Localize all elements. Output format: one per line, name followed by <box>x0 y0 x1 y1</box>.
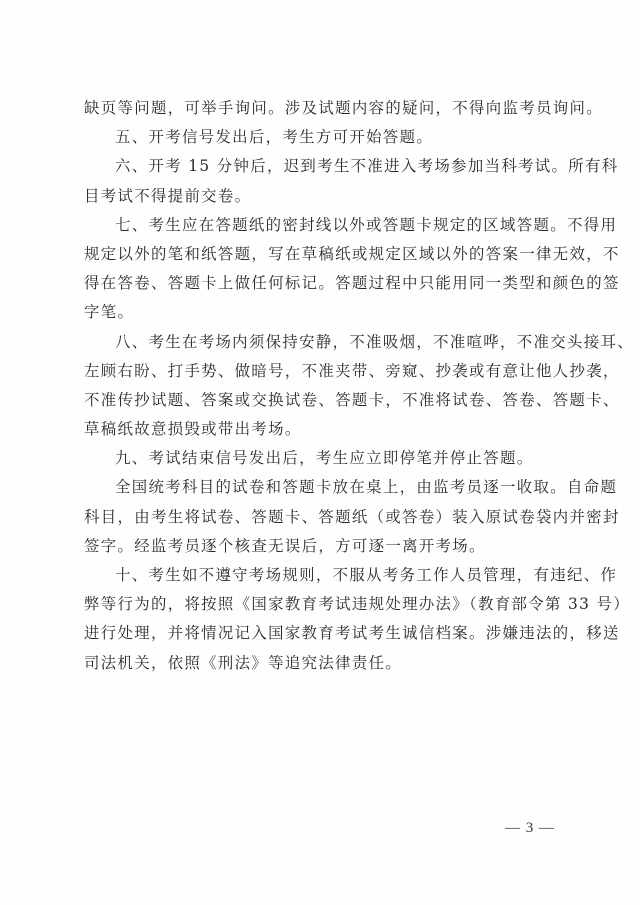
paragraph-line: 七、考生应在答题纸的密封线以外或答题卡规定的区域答题。不得用 <box>84 211 560 240</box>
paragraph-line: 九、考试结束信号发出后，考生应立即停笔并停止答题。 <box>84 444 560 473</box>
paragraph-line: 司法机关，依照《刑法》等追究法律责任。 <box>84 649 560 678</box>
paragraph-line: 八、考生在考场内须保持安静，不准吸烟，不准喧哗，不准交头接耳、 <box>84 328 560 357</box>
paragraph-line: 签字。经监考员逐个核查无误后，方可逐一离开考场。 <box>84 532 560 561</box>
paragraph-line: 六、开考 15 分钟后，迟到考生不准进入考场参加当科考试。所有科 <box>84 152 560 181</box>
paragraph-line: 进行处理，并将情况记入国家教育考试考生诚信档案。涉嫌违法的，移送 <box>84 619 560 648</box>
paragraph-line: 全国统考科目的试卷和答题卡放在桌上，由监考员逐一收取。自命题 <box>84 473 560 502</box>
paragraph-line: 草稿纸故意损毁或带出考场。 <box>84 415 560 444</box>
document-body: 缺页等问题，可举手询问。涉及试题内容的疑问，不得向监考员询问。 五、开考信号发出… <box>84 94 560 678</box>
paragraph-line: 科目，由考生将试卷、答题卡、答题纸（或答卷）装入原试卷袋内并密封 <box>84 503 560 532</box>
paragraph-line: 十、考生如不遵守考场规则，不服从考务工作人员管理，有违纪、作 <box>84 561 560 590</box>
paragraph-line: 得在答卷、答题卡上做任何标记。答题过程中只能用同一类型和颜色的签 <box>84 269 560 298</box>
paragraph-line: 弊等行为的，将按照《国家教育考试违规处理办法》（教育部令第 33 号） <box>84 590 560 619</box>
paragraph-line: 缺页等问题，可举手询问。涉及试题内容的疑问，不得向监考员询问。 <box>84 94 560 123</box>
paragraph-line: 字笔。 <box>84 298 560 327</box>
paragraph-line: 目考试不得提前交卷。 <box>84 182 560 211</box>
paragraph-line: 左顾右盼、打手势、做暗号，不准夹带、旁窥、抄袭或有意让他人抄袭， <box>84 357 560 386</box>
paragraph-line: 不准传抄试题、答案或交换试卷、答题卡，不准将试卷、答卷、答题卡、 <box>84 386 560 415</box>
paragraph-line: 五、开考信号发出后，考生方可开始答题。 <box>84 123 560 152</box>
document-page: 缺页等问题，可举手询问。涉及试题内容的疑问，不得向监考员询问。 五、开考信号发出… <box>0 0 640 905</box>
page-number: — 3 — <box>505 820 555 837</box>
paragraph-line: 规定以外的笔和纸答题，写在草稿纸或规定区域以外的答案一律无效，不 <box>84 240 560 269</box>
